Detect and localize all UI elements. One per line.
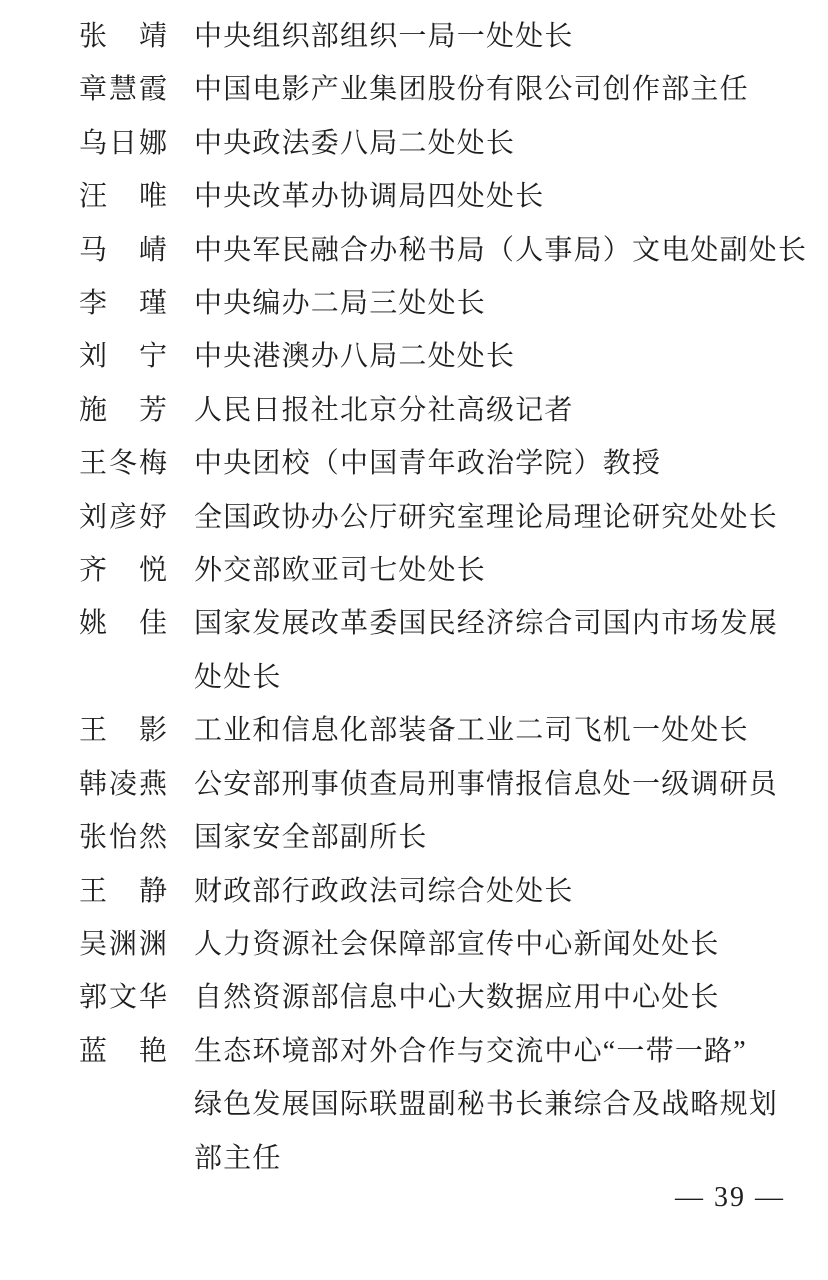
person-title: 中央编办二局三处处长: [194, 277, 486, 330]
person-name: 韩凌燕: [79, 758, 168, 811]
person-name: 马崝: [79, 224, 168, 277]
title-line: 国家发展改革委国民经济综合司国内市场发展: [194, 597, 778, 650]
person-title: 自然资源部信息中心大数据应用中心处长: [194, 971, 720, 1024]
person-name: 张怡然: [79, 811, 168, 864]
person-name: 刘彦妤: [79, 491, 168, 544]
list-item: 韩凌燕 公安部刑事侦查局刑事情报信息处一级调研员: [79, 758, 809, 811]
person-title: 财政部行政政法司综合处处长: [194, 865, 574, 918]
list-item: 王影 工业和信息化部装备工业二司飞机一处处长: [79, 704, 809, 757]
person-name: 齐悦: [79, 544, 168, 597]
list-item: 张靖 中央组织部组织一局一处处长: [79, 10, 809, 63]
list-item: 齐悦 外交部欧亚司七处处长: [79, 544, 809, 597]
person-title: 中央港澳办八局二处处长: [194, 330, 515, 383]
title-line: 中央政法委八局二处处长: [194, 117, 515, 170]
person-title: 中国电影产业集团股份有限公司创作部主任: [194, 63, 749, 116]
list-item: 乌日娜 中央政法委八局二处处长: [79, 117, 809, 170]
person-name: 刘宁: [79, 330, 168, 383]
title-line: 国家安全部副所长: [194, 811, 428, 864]
list-item: 张怡然 国家安全部副所长: [79, 811, 809, 864]
list-item: 汪唯 中央改革办协调局四处处长: [79, 170, 809, 223]
person-name: 王静: [79, 865, 168, 918]
title-line: 中央团校（中国青年政治学院）教授: [194, 437, 661, 490]
list-item: 蓝艳 生态环境部对外合作与交流中心“一带一路”绿色发展国际联盟副秘书长兼综合及战…: [79, 1025, 809, 1185]
title-line: 绿色发展国际联盟副秘书长兼综合及战略规划: [194, 1078, 778, 1131]
person-title: 国家安全部副所长: [194, 811, 428, 864]
person-title: 工业和信息化部装备工业二司飞机一处处长: [194, 704, 749, 757]
title-line: 中央组织部组织一局一处处长: [194, 10, 574, 63]
list-item: 章慧霞 中国电影产业集团股份有限公司创作部主任: [79, 63, 809, 116]
person-title: 中央组织部组织一局一处处长: [194, 10, 574, 63]
person-name: 郭文华: [79, 971, 168, 1024]
list-item: 施芳 人民日报社北京分社高级记者: [79, 384, 809, 437]
person-title: 生态环境部对外合作与交流中心“一带一路”绿色发展国际联盟副秘书长兼综合及战略规划…: [194, 1025, 778, 1185]
title-line: 中央改革办协调局四处处长: [194, 170, 544, 223]
person-name: 施芳: [79, 384, 168, 437]
list-item: 吴渊渊 人力资源社会保障部宣传中心新闻处处长: [79, 918, 809, 971]
title-line: 中央港澳办八局二处处长: [194, 330, 515, 383]
person-name: 王冬梅: [79, 437, 168, 490]
list-item: 郭文华 自然资源部信息中心大数据应用中心处长: [79, 971, 809, 1024]
list-item: 李瑾 中央编办二局三处处长: [79, 277, 809, 330]
person-name: 姚佳: [79, 597, 168, 650]
list-item: 马崝 中央军民融合办秘书局（人事局）文电处副处长: [79, 224, 809, 277]
list-item: 刘宁 中央港澳办八局二处处长: [79, 330, 809, 383]
title-line: 全国政协办公厅研究室理论局理论研究处处长: [194, 491, 778, 544]
title-line: 自然资源部信息中心大数据应用中心处长: [194, 971, 720, 1024]
list-item: 王冬梅 中央团校（中国青年政治学院）教授: [79, 437, 809, 490]
person-title: 外交部欧亚司七处处长: [194, 544, 486, 597]
title-line: 财政部行政政法司综合处处长: [194, 865, 574, 918]
title-line: 中央编办二局三处处长: [194, 277, 486, 330]
title-line: 外交部欧亚司七处处长: [194, 544, 486, 597]
person-title: 人力资源社会保障部宣传中心新闻处处长: [194, 918, 720, 971]
person-title: 全国政协办公厅研究室理论局理论研究处处长: [194, 491, 778, 544]
roster-list: 张靖 中央组织部组织一局一处处长 章慧霞 中国电影产业集团股份有限公司创作部主任…: [79, 10, 809, 1185]
person-name: 吴渊渊: [79, 918, 168, 971]
title-line: 人民日报社北京分社高级记者: [194, 384, 574, 437]
person-title: 中央团校（中国青年政治学院）教授: [194, 437, 661, 490]
person-title: 中央政法委八局二处处长: [194, 117, 515, 170]
person-name: 章慧霞: [79, 63, 168, 116]
person-title: 国家发展改革委国民经济综合司国内市场发展处处长: [194, 597, 778, 704]
list-item: 姚佳 国家发展改革委国民经济综合司国内市场发展处处长: [79, 597, 809, 704]
person-title: 人民日报社北京分社高级记者: [194, 384, 574, 437]
title-line: 中央军民融合办秘书局（人事局）文电处副处长: [194, 224, 807, 277]
title-line: 生态环境部对外合作与交流中心“一带一路”: [194, 1025, 778, 1078]
document-page: 张靖 中央组织部组织一局一处处长 章慧霞 中国电影产业集团股份有限公司创作部主任…: [0, 0, 828, 1280]
person-name: 张靖: [79, 10, 168, 63]
person-title: 公安部刑事侦查局刑事情报信息处一级调研员: [194, 758, 778, 811]
person-name: 李瑾: [79, 277, 168, 330]
person-name: 蓝艳: [79, 1025, 168, 1078]
person-name: 汪唯: [79, 170, 168, 223]
title-line: 人力资源社会保障部宣传中心新闻处处长: [194, 918, 720, 971]
title-line: 公安部刑事侦查局刑事情报信息处一级调研员: [194, 758, 778, 811]
title-line: 处处长: [194, 651, 778, 704]
person-name: 乌日娜: [79, 117, 168, 170]
title-line: 工业和信息化部装备工业二司飞机一处处长: [194, 704, 749, 757]
person-title: 中央改革办协调局四处处长: [194, 170, 544, 223]
title-line: 中国电影产业集团股份有限公司创作部主任: [194, 63, 749, 116]
list-item: 王静 财政部行政政法司综合处处长: [79, 865, 809, 918]
person-title: 中央军民融合办秘书局（人事局）文电处副处长: [194, 224, 807, 277]
title-line: 部主任: [194, 1132, 778, 1185]
person-name: 王影: [79, 704, 168, 757]
page-number: — 39 —: [675, 1183, 785, 1213]
list-item: 刘彦妤 全国政协办公厅研究室理论局理论研究处处长: [79, 491, 809, 544]
